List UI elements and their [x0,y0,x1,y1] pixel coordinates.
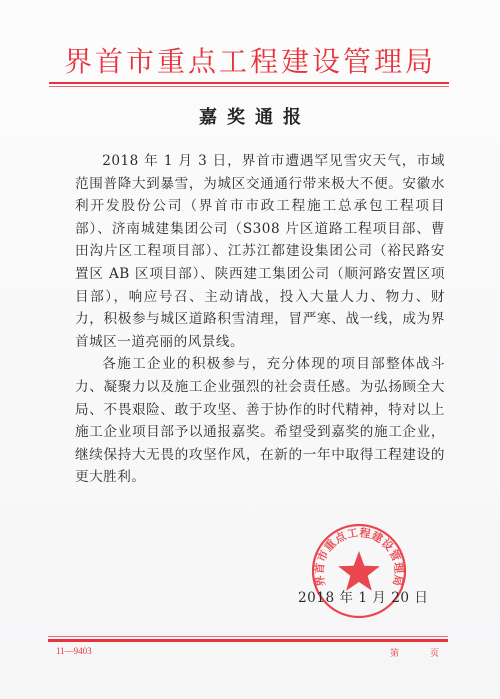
footer-rule-thin [48,636,448,637]
document-date: 2018 年 1 月 20 日 [298,586,428,606]
star-icon [338,551,380,591]
header-rule-thin [49,86,449,87]
paragraph-2: 各施工企业的积极参与，充分体现的项目部整体战斗力、凝聚力以及施工企业强烈的社会责… [75,353,445,489]
document-page: 界首市重点工程建设管理局 嘉奖通报 2018 年 1 月 3 日，界首市遭遇罕见… [0,0,500,699]
header-rule-thick [49,82,449,84]
footer-page-prefix: 第 [390,646,399,659]
letterhead-organization: 界首市重点工程建设管理局 [0,44,500,80]
footer-rule-thick [48,639,448,642]
paragraph-1: 2018 年 1 月 3 日，界首市遭遇罕见雪灾天气，市域范围普降大到暴雪，为城… [75,150,445,353]
document-body: 2018 年 1 月 3 日，界首市遭遇罕见雪灾天气，市域范围普降大到暴雪，为城… [75,150,445,489]
document-title: 嘉奖通报 [0,106,500,130]
footer-page-suffix: 页 [430,646,439,659]
footer-form-code: 11—9403 [56,646,92,656]
